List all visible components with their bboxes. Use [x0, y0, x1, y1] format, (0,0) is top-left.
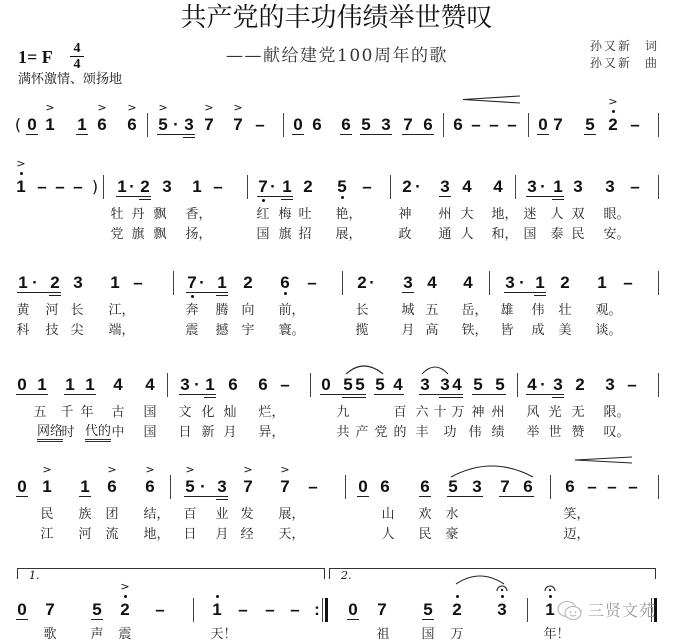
sustain-dash: –: [252, 114, 268, 136]
barline: [489, 271, 490, 295]
beam-line: [16, 496, 28, 497]
note: 3: [159, 176, 175, 198]
notation-overlay: [0, 0, 673, 644]
note: 6: [520, 476, 536, 498]
lyric: 人: [551, 207, 564, 223]
barline: [173, 271, 174, 295]
lyric: 国: [422, 627, 435, 643]
lyric: 和，: [492, 227, 518, 243]
lyric: 国: [144, 425, 157, 441]
lyric: 共: [337, 425, 350, 441]
lyric: 世: [549, 425, 562, 441]
lyric: 壮: [559, 303, 572, 319]
barline: [103, 175, 104, 199]
lyric: 城: [402, 303, 415, 319]
lyric: 泰: [551, 227, 564, 243]
credit-lyricist: 孙又新 词: [590, 39, 632, 54]
lyric: 豪: [446, 527, 459, 543]
note: 4: [490, 176, 506, 198]
lyric: 欢: [419, 507, 432, 523]
volta-bracket-first-ending: 1.: [17, 568, 325, 579]
barline: [527, 598, 528, 622]
lyric: 向: [242, 303, 255, 319]
sustain-dash: –: [486, 114, 502, 136]
lyric: 奔: [186, 303, 199, 319]
octave-dot-high: [456, 595, 459, 598]
note: 6: [562, 476, 578, 498]
score-sheet: 共产党的丰功伟绩举世赞叹 1= F 4 4 满怀激情、颂扬地 ——献给建党100…: [0, 0, 673, 644]
note: 1: [214, 272, 230, 294]
beam-line: [419, 394, 463, 395]
beam-line: [179, 394, 216, 395]
beam-line-double: [139, 199, 151, 200]
lyric: 江: [41, 527, 54, 543]
note: 3: [437, 176, 453, 198]
note: 0: [355, 476, 371, 498]
lyric: 山: [382, 507, 395, 523]
lyric: 地，: [144, 527, 170, 543]
sustain-dash: –: [624, 374, 640, 396]
sustain-dash: –: [130, 272, 146, 294]
lyric: 江，: [109, 303, 135, 319]
volta-label: 2.: [341, 570, 352, 582]
note: 1: [42, 114, 58, 136]
note: 5: [470, 374, 486, 396]
note: 5: [352, 374, 368, 396]
crescendo-hairpin: [463, 96, 520, 103]
tempo-marking: 满怀激情、颂扬地: [18, 72, 122, 88]
sustain-dash: –: [627, 114, 643, 136]
beam-line-double: [281, 199, 293, 200]
repeat-barline-thick: [325, 598, 328, 622]
note: 1: [34, 374, 50, 396]
lyric: 通: [439, 227, 452, 243]
beam-line: [26, 134, 38, 135]
lyric: 中: [112, 425, 125, 441]
beam-line: [16, 394, 48, 395]
lyric: 烂，: [259, 405, 285, 421]
beam-line: [499, 496, 534, 497]
lyric: 安。: [604, 227, 630, 243]
lyric: 千: [61, 405, 74, 421]
note: 2: [137, 176, 153, 198]
note: 0: [290, 114, 306, 136]
lyric: 成: [532, 323, 545, 339]
lyric: 月: [216, 527, 229, 543]
lyric: 十: [434, 405, 447, 421]
lyric: 古: [112, 405, 125, 421]
lyric: 州: [439, 207, 452, 223]
note: 6: [420, 114, 436, 136]
beam-line: [472, 394, 506, 395]
note: 6: [377, 476, 393, 498]
beam-line: [526, 394, 564, 395]
beam-line: [186, 292, 228, 293]
beam-line-double: [439, 397, 463, 398]
subtitle: ——献给建党100周年的歌: [226, 46, 448, 66]
note: 6: [225, 374, 241, 396]
sustain-dash: –: [287, 599, 303, 621]
beam-line: [422, 619, 434, 620]
lyric: 展，: [279, 507, 305, 523]
lyric: 长: [356, 303, 369, 319]
note: 5: [358, 114, 374, 136]
note: 4: [459, 176, 475, 198]
note: 6: [309, 114, 325, 136]
lyric: 民: [41, 507, 54, 523]
lyric: 震: [186, 323, 199, 339]
sustain-dash: –: [359, 176, 375, 198]
lyric: 科: [17, 323, 30, 339]
note: 7: [201, 114, 217, 136]
lyric: 旗: [279, 227, 292, 243]
lyric: 神: [472, 405, 485, 421]
lyric: 招: [299, 227, 312, 243]
lyric: 绩: [492, 425, 505, 441]
octave-dot-high: [549, 595, 552, 598]
lyric: 新: [202, 425, 215, 441]
accent-mark: >: [106, 465, 118, 475]
lyric: 光: [549, 405, 562, 421]
beam-line: [402, 134, 434, 135]
accent-mark: >: [157, 103, 169, 113]
wechat-icon: [556, 599, 584, 623]
beam-line: [357, 496, 369, 497]
beam-line-double: [49, 295, 61, 296]
staff-line-1: ( 0 1 > 1 6 > 6 > 5 > · 3 7 > 7 > – 0 6 …: [0, 125, 673, 126]
note: 1: [13, 176, 29, 198]
note: 6: [255, 374, 271, 396]
lyric: 祖: [377, 627, 390, 643]
lyric: 歌: [44, 627, 57, 643]
barline: [658, 113, 659, 137]
octave-dot-high: [124, 595, 127, 598]
octave-dot-low: [262, 199, 265, 202]
beam-line: [402, 292, 414, 293]
lyric: 尖: [71, 323, 84, 339]
lyric: 万: [452, 405, 465, 421]
note: 0: [345, 599, 361, 621]
beam-line: [526, 196, 564, 197]
accent-mark: >: [41, 465, 53, 475]
barline: [528, 113, 529, 137]
sustain-dash: –: [235, 599, 251, 621]
beam-line: [340, 134, 352, 135]
beam-line-double: [216, 499, 228, 500]
note: 5: [420, 599, 436, 621]
barline: [170, 475, 171, 499]
fermata-icon: [497, 586, 507, 591]
slur: [346, 366, 383, 374]
sustain-dash: –: [304, 272, 320, 294]
note: 1: [594, 272, 610, 294]
lyric: 万: [451, 627, 464, 643]
lyric: 民: [419, 527, 432, 543]
beam-line: [360, 134, 392, 135]
beam-line: [504, 292, 546, 293]
augmentation-dot: ·: [535, 374, 551, 396]
credit-role: 词: [645, 39, 659, 54]
lyric: 日: [184, 527, 197, 543]
sustain-dash: –: [627, 176, 643, 198]
lyric: 河: [79, 527, 92, 543]
lyric: 迈，: [564, 527, 590, 543]
beam-line: [292, 134, 304, 135]
note: 5: [89, 599, 105, 621]
note: 7: [240, 476, 256, 498]
close-parenthesis: ): [87, 176, 103, 198]
accent-mark: >: [184, 465, 196, 475]
sustain-dash: –: [584, 476, 600, 498]
lyric: 政: [399, 227, 412, 243]
sustain-dash: –: [210, 176, 226, 198]
augmentation-dot: ·: [364, 272, 380, 294]
lyric: 月: [402, 323, 415, 339]
lyric: 年: [81, 405, 94, 421]
repeat-barline-thin: [322, 598, 323, 622]
sustain-dash: –: [604, 476, 620, 498]
beam-line-double: [552, 397, 564, 398]
note: 2: [117, 599, 133, 621]
note: 0: [535, 114, 551, 136]
lyric: 皆: [501, 323, 514, 339]
sustain-dash: –: [152, 599, 168, 621]
note: 3: [70, 272, 86, 294]
volta-bracket-second-ending: 2.: [329, 568, 656, 579]
lyric: 长: [71, 303, 84, 319]
note: 4: [424, 272, 440, 294]
note: 7: [400, 114, 416, 136]
lyric: 梅: [279, 207, 292, 223]
lyric: 眼。: [604, 207, 630, 223]
lyric: 水: [446, 507, 459, 523]
lyric: 飘: [154, 207, 167, 223]
note: 7: [42, 599, 58, 621]
barline: [658, 373, 659, 397]
barline: [658, 175, 659, 199]
note: 5: [445, 476, 461, 498]
note: 1: [39, 476, 55, 498]
lyric: 时: [62, 425, 75, 441]
note: 0: [14, 374, 30, 396]
augmentation-dot: ·: [535, 176, 551, 198]
credit-composer: 孙又新 曲: [590, 56, 632, 71]
lyric: 国: [144, 405, 157, 421]
lyric: 发: [241, 507, 254, 523]
octave-dot-low: [341, 196, 344, 199]
lyric: 州: [492, 405, 505, 421]
note: 6: [142, 476, 158, 498]
lyric: 五: [426, 303, 439, 319]
barline: [283, 113, 284, 137]
lyric: 声: [91, 627, 104, 643]
beam-line: [584, 134, 596, 135]
lyric: 寰。: [279, 323, 305, 339]
credit-role: 曲: [645, 56, 659, 71]
lyric: 国: [524, 227, 537, 243]
lyric: 伟: [469, 425, 482, 441]
lyric: 族: [79, 507, 92, 523]
staff-line-5: 0 1 > 1 6 > 6 > 5 > · 3 7 > 7 > – 0 6 6 …: [0, 487, 673, 488]
beam-line: [537, 134, 549, 135]
lyric: 笑，: [564, 507, 590, 523]
lyric: 功: [444, 425, 457, 441]
lyric: 天，: [279, 527, 305, 543]
note: 6: [104, 476, 120, 498]
time-signature-denominator: 4: [70, 57, 84, 71]
barline: [342, 271, 343, 295]
octave-dot-high: [216, 595, 219, 598]
lyric: 扬，: [186, 227, 212, 243]
octave-dot-high: [501, 595, 504, 598]
accent-mark: >: [607, 97, 619, 107]
note: 4: [449, 374, 465, 396]
barline: [310, 373, 311, 397]
lyric: 人: [382, 527, 395, 543]
lyric: 流: [106, 527, 119, 543]
lyric: 百: [184, 507, 197, 523]
lyric: 赞: [572, 425, 585, 441]
lyric: 限。: [604, 405, 630, 421]
octave-dot-high: [20, 172, 23, 175]
staff-line-3: 1 · 2 3 1 – 7 · 1 2 6 – 2 · 3 4 4 3 · 1 …: [0, 283, 673, 284]
note: 6: [277, 272, 293, 294]
beam-line: [439, 196, 451, 197]
lyric: 的: [394, 425, 407, 441]
watermark-text: 三贤文苑: [588, 601, 656, 621]
accent-mark: >: [242, 465, 254, 475]
lyric: 月: [224, 425, 237, 441]
sustain-dash: –: [620, 272, 636, 294]
lyric: 百: [394, 405, 407, 421]
augmentation-dot: ·: [194, 272, 210, 294]
lyric: 民: [572, 227, 585, 243]
lyric: 谈。: [596, 323, 622, 339]
lyric: 日: [179, 425, 192, 441]
note: 2: [449, 599, 465, 621]
lyric: 前，: [279, 303, 305, 319]
note: 3: [602, 374, 618, 396]
barline: [517, 373, 518, 397]
octave-dot-low: [284, 292, 287, 295]
lyric: 团: [106, 507, 119, 523]
lyric: 丹: [132, 207, 145, 223]
lyric: 高: [426, 323, 439, 339]
beam-line: [320, 394, 366, 395]
note: 3: [494, 599, 510, 621]
barline: [550, 475, 551, 499]
beam-line-double: [342, 397, 366, 398]
lyric: 异，: [259, 425, 285, 441]
lyric: 举: [527, 425, 540, 441]
beam-line: [79, 496, 91, 497]
barline: [658, 475, 659, 499]
note: 7: [277, 476, 293, 498]
note: 3: [570, 176, 586, 198]
lyric: 铁，: [462, 323, 488, 339]
fermata-icon: [545, 586, 555, 591]
lyric: 国: [257, 227, 270, 243]
note: 4: [390, 374, 406, 396]
note: 7: [550, 114, 566, 136]
augmentation-dot: ·: [410, 176, 426, 198]
lyric: 吐: [299, 207, 312, 223]
lyric: 雄: [501, 303, 514, 319]
lyric: 结，: [144, 507, 170, 523]
lyric: 撼: [216, 323, 229, 339]
note: 0: [24, 114, 40, 136]
lyric: 丰: [416, 425, 429, 441]
note: 1: [82, 374, 98, 396]
accent-mark: >: [144, 465, 156, 475]
note: 0: [14, 476, 30, 498]
beam-line: [64, 394, 96, 395]
note: 7: [497, 476, 513, 498]
lyric: 风: [527, 405, 540, 421]
sustain-dash: –: [305, 476, 321, 498]
lyric: 艳，: [336, 207, 362, 223]
lyric: 化: [202, 405, 215, 421]
lyric: 年！: [544, 627, 570, 643]
credit-name: 孙又新: [590, 56, 632, 70]
lyric: 展，: [336, 227, 362, 243]
beam-line: [257, 196, 293, 197]
key-signature: 1= F: [18, 47, 53, 67]
barline: [345, 475, 346, 499]
lyric: 飘: [154, 227, 167, 243]
sustain-dash: –: [277, 374, 293, 396]
note: 5: [372, 374, 388, 396]
note: 2: [557, 272, 573, 294]
lyric: 端，: [109, 323, 135, 339]
lyric: 天！: [211, 627, 237, 643]
note: 2: [605, 114, 621, 136]
lyric: 大: [461, 207, 474, 223]
note: 3: [214, 476, 230, 498]
note: 1: [209, 599, 225, 621]
note: 3: [181, 114, 197, 136]
time-signature: 4 4: [70, 42, 84, 71]
note: 6: [94, 114, 110, 136]
lyric: 业: [216, 507, 229, 523]
lyric: 揽: [356, 323, 369, 339]
lyric: 宇: [242, 323, 255, 339]
beam-line: [184, 496, 228, 497]
beam-line-double: [534, 295, 546, 296]
sustain-dash: –: [70, 176, 86, 198]
note: 1: [107, 272, 123, 294]
octave-dot-high: [612, 110, 615, 113]
barline: [167, 373, 168, 397]
lyric: 人: [461, 227, 474, 243]
lyric: 腾: [216, 303, 229, 319]
lyric-melisma: 网络: [37, 425, 63, 442]
barline: [390, 175, 391, 199]
lyric: 五: [34, 405, 47, 421]
accent-mark: >: [279, 465, 291, 475]
lyric: 伟: [532, 303, 545, 319]
song-title: 共产党的丰功伟绩举世赞叹: [0, 3, 673, 33]
note: 5: [582, 114, 598, 136]
note: 1: [74, 114, 90, 136]
note: 6: [124, 114, 140, 136]
barline: [147, 113, 148, 137]
beam-line: [91, 619, 103, 620]
lyric: 产: [356, 425, 369, 441]
accent-mark: >: [44, 103, 56, 113]
lyric: 技: [46, 323, 59, 339]
lyric: 岳，: [462, 303, 488, 319]
